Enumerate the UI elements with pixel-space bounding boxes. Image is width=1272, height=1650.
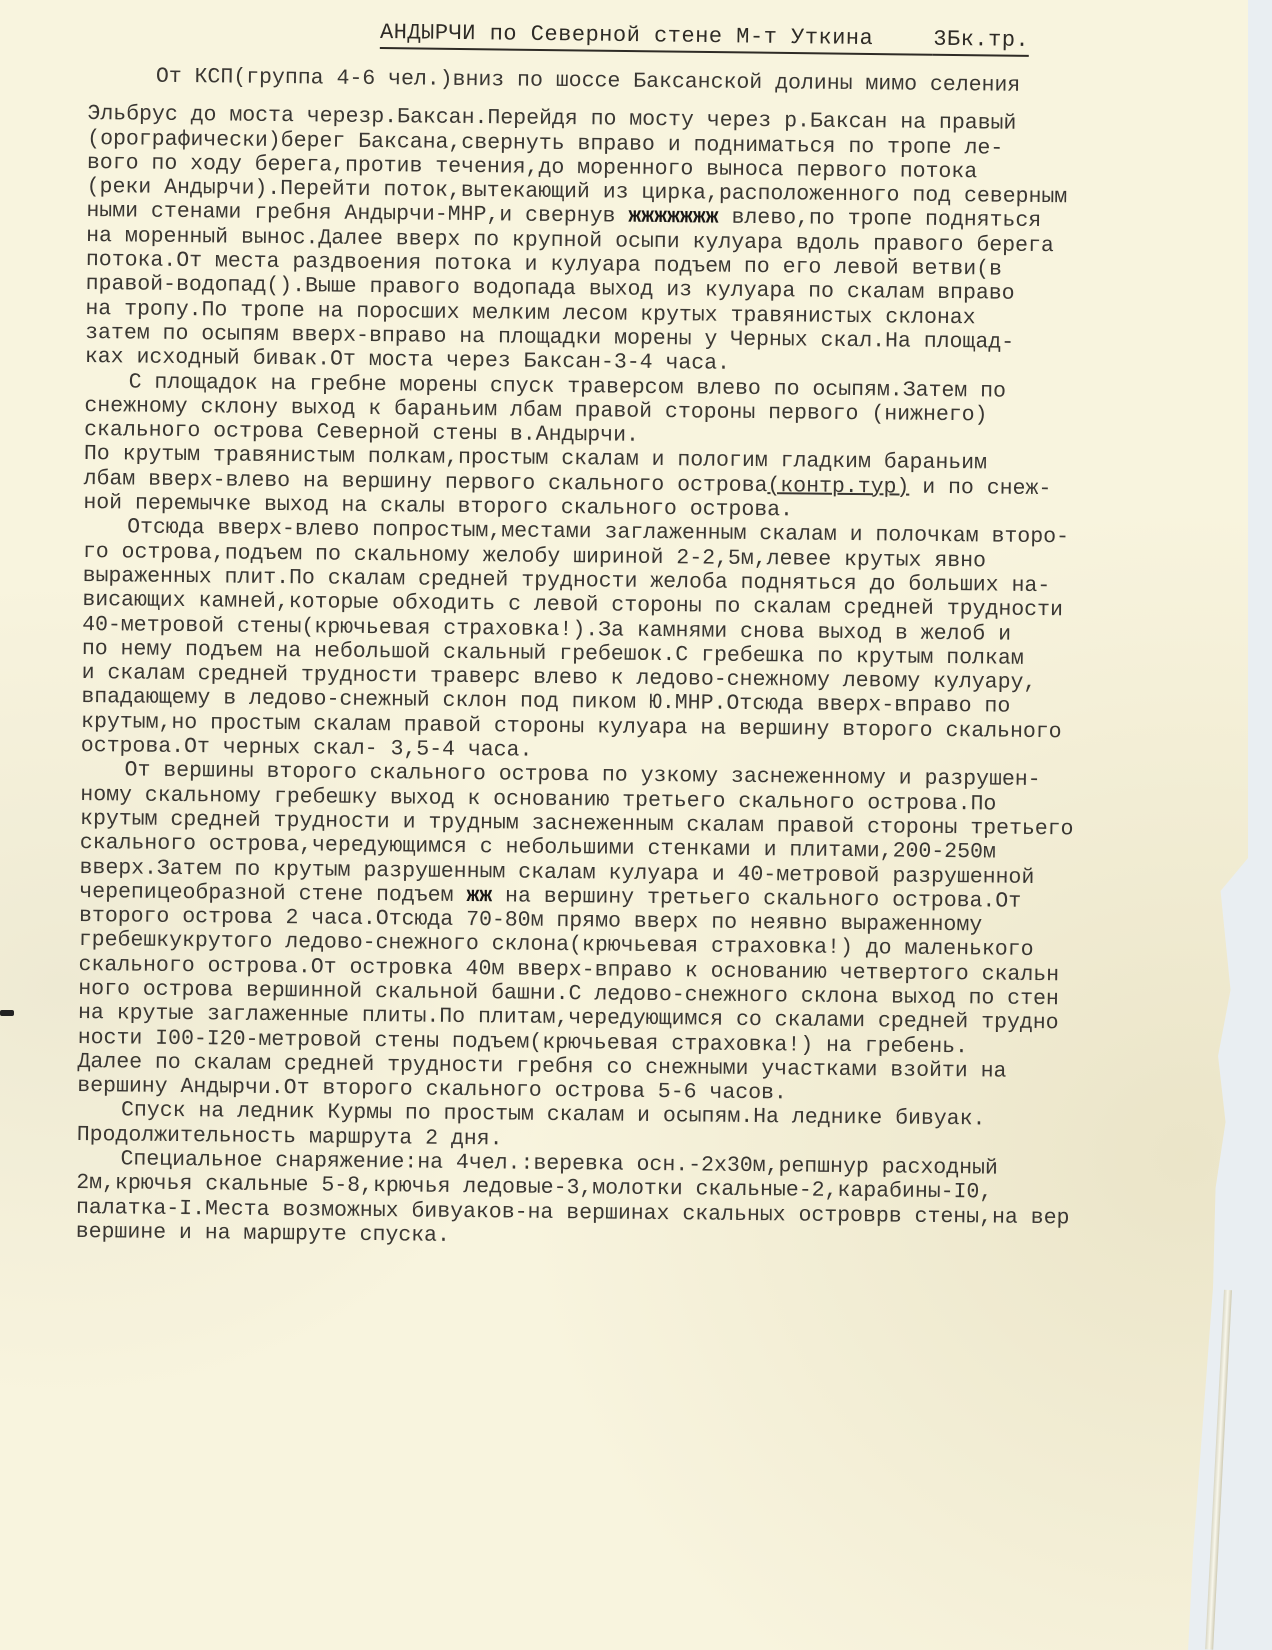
paper-fold-crease bbox=[1205, 1290, 1232, 1650]
route-grade: 3Бк.тр. bbox=[933, 27, 1029, 57]
route-description: От КСП(группа 4-6 чел.)вниз по шоссе Бак… bbox=[76, 64, 1248, 1256]
control-cairn-note: (контр.тур) bbox=[767, 474, 909, 499]
binding-mark bbox=[0, 1010, 14, 1016]
struck-out-text: жжжжжжж bbox=[628, 205, 719, 230]
struck-out-text: жж bbox=[466, 884, 492, 908]
